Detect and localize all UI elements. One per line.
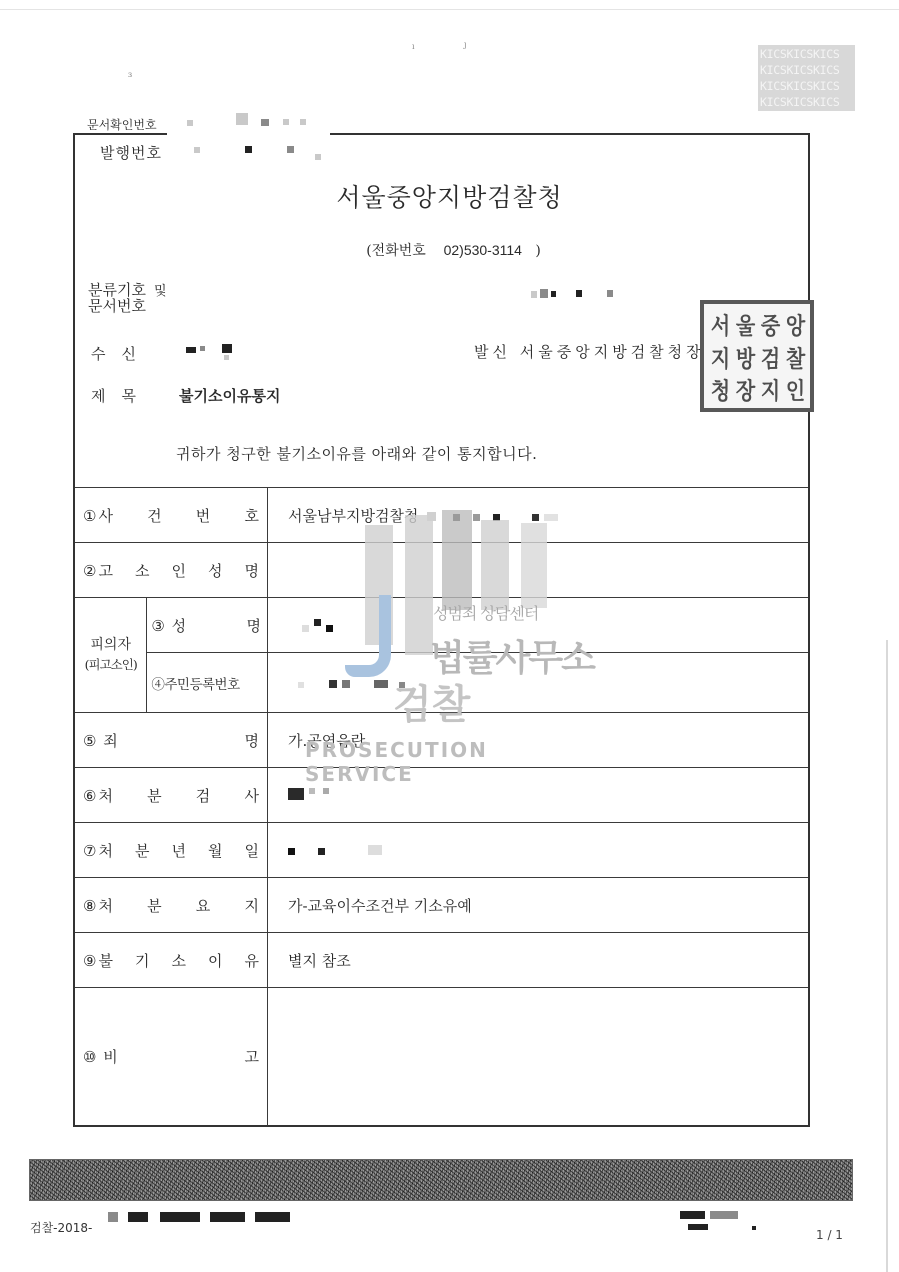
row-number: ③: [151, 617, 164, 635]
disposition-date-label: ⑦처분년월일: [75, 823, 268, 878]
redacted-block: [200, 346, 205, 351]
redacted-block: [368, 845, 382, 855]
redacted-block: [245, 146, 252, 153]
agency-phone: (전화번호 02)530-3114 ): [0, 240, 899, 260]
label-char: 비: [103, 1048, 118, 1066]
redacted-block: [222, 344, 232, 353]
redacted-block: [108, 1212, 118, 1222]
label-char: 월: [208, 840, 223, 861]
redacted-block: [287, 146, 294, 153]
seal-char: 중: [757, 305, 782, 343]
prosecutor-value: [268, 768, 809, 823]
redacted-block: [288, 848, 295, 855]
label-char: 명: [247, 615, 262, 636]
label-char: 고: [245, 1046, 260, 1067]
redacted-block: [688, 1224, 708, 1230]
label-char: 기: [135, 950, 150, 971]
label-char: 소: [135, 560, 150, 581]
classification-label: 분류기호및 문서번호: [88, 283, 167, 313]
disposition-summary-label: ⑧처분요지: [75, 878, 268, 933]
document-confirmation-label: 문서확인번호: [87, 116, 157, 133]
redacted-block: [300, 119, 306, 125]
label-char: 명: [244, 560, 259, 581]
seal-char: 앙: [782, 305, 807, 343]
table-row-suspect-name: 피의자 (피고소인) ③ 성명: [75, 598, 808, 653]
case-number-label: ①사건번호: [75, 488, 268, 543]
suspect-id-label-text: 주민등록번호: [164, 677, 239, 693]
table-row-charge: ⑤ 죄명 가.공연음란: [75, 713, 808, 768]
notice-intro-text: 귀하가 청구한 불기소이유를 아래와 같이 통지합니다.: [176, 443, 537, 464]
issue-number-label: 발행번호: [100, 142, 162, 163]
redacted-block: [288, 788, 304, 800]
case-number-text: 서울남부지방검찰청: [288, 507, 418, 525]
redacted-block: [532, 514, 539, 521]
classification-and: 및: [154, 284, 167, 299]
redacted-block: [453, 514, 460, 521]
label-char: 이: [208, 950, 223, 971]
redacted-block: [544, 514, 558, 521]
redacted-block: [186, 347, 196, 353]
redacted-block: [531, 291, 537, 298]
redacted-block: [540, 289, 548, 298]
table-row-complainant: ②고소인성명: [75, 543, 808, 598]
official-seal: 서 울 중 앙 지 방 검 찰 청 장 지 인: [700, 300, 814, 412]
remarks-value: [268, 988, 809, 1126]
label-char: 성: [208, 560, 223, 581]
label-char: 인: [171, 560, 186, 581]
non-indictment-reason-value: 별지 참조: [268, 933, 809, 988]
row-number: ④: [151, 677, 164, 693]
label-char: 처: [98, 897, 113, 915]
table-row-case-number: ①사건번호 서울남부지방검찰청: [75, 488, 808, 543]
scan-speck: ı: [412, 42, 415, 51]
redacted-block: [326, 625, 333, 632]
complainant-value: [268, 543, 809, 598]
label-char: 성: [172, 617, 187, 635]
redacted-block: [342, 680, 350, 688]
redacted-block: [255, 1212, 290, 1222]
row-number: ⑦: [83, 842, 96, 860]
kics-line: KICSKICSKICS: [760, 62, 855, 78]
suspect-name-value: [268, 598, 809, 653]
suspect-id-label: ④주민등록번호: [147, 653, 268, 713]
redacted-block: [298, 682, 304, 688]
table-row-prosecutor: ⑥처분검사: [75, 768, 808, 823]
scan-speck: ɜ: [128, 70, 132, 79]
label-char: 사: [98, 507, 113, 525]
label-char: 번: [196, 505, 211, 526]
redacted-block: [752, 1226, 756, 1230]
row-number: ①: [83, 507, 96, 525]
redacted-block: [210, 1212, 245, 1222]
suspect-group-label: 피의자 (피고소인): [75, 598, 147, 713]
label-char: 처: [98, 842, 113, 860]
redacted-block: [318, 848, 325, 855]
scan-speck: ȷ: [464, 40, 466, 49]
label-char: 처: [98, 787, 113, 805]
redacted-block: [551, 291, 556, 297]
charge-value: 가.공연음란: [268, 713, 809, 768]
disposition-summary-value: 가-교육이수조건부 기소유예: [268, 878, 809, 933]
row-number: ⑧: [83, 897, 96, 915]
redacted-block: [187, 120, 193, 126]
charge-label: ⑤ 죄명: [75, 713, 268, 768]
table-row-suspect-id: ④주민등록번호: [75, 653, 808, 713]
redacted-block: [399, 682, 405, 688]
label-char: 지: [244, 895, 259, 916]
redacted-block: [283, 119, 289, 125]
notice-form-table: ①사건번호 서울남부지방검찰청 ②고소인성명 피의자 (피고소인) ③ 성명: [75, 487, 808, 1126]
seal-char: 지: [757, 370, 782, 408]
redacted-block: [680, 1211, 705, 1219]
redacted-block: [314, 619, 321, 626]
table-row-remarks: ⑩ 비고: [75, 988, 808, 1126]
label-char: 검: [196, 785, 211, 806]
redacted-block: [374, 680, 388, 688]
suspect-id-value: [268, 653, 809, 713]
row-number: ②: [83, 562, 96, 580]
2d-barcode: [29, 1159, 853, 1201]
recipient-label: 수신: [91, 343, 152, 364]
label-char: 호: [244, 505, 259, 526]
label-char: 소: [171, 950, 186, 971]
complainant-label: ②고소인성명: [75, 543, 268, 598]
page-number: 1 / 1: [816, 1228, 843, 1242]
row-number: ⑩: [83, 1048, 96, 1066]
non-indictment-reason-label: ⑨불기소이유: [75, 933, 268, 988]
subject-label: 제목: [91, 385, 152, 406]
label-char: 년: [171, 840, 186, 861]
row-number: ⑥: [83, 787, 96, 805]
suspect-name-label: ③ 성명: [147, 598, 268, 653]
redacted-block: [576, 290, 582, 297]
subject-value: 불기소이유통지: [179, 385, 280, 406]
redacted-block: [427, 512, 436, 521]
phone-close: ): [535, 243, 540, 259]
label-char: 고: [98, 562, 113, 580]
seal-char: 울: [732, 305, 757, 343]
redacted-block: [302, 625, 309, 632]
suspect-group-line2: (피고소인): [75, 655, 146, 675]
classification-line2: 문서번호: [88, 297, 146, 315]
table-row-non-indictment-reason: ⑨불기소이유 별지 참조: [75, 933, 808, 988]
disposition-date-value: [268, 823, 809, 878]
seal-char: 청: [707, 370, 732, 408]
redacted-block: [323, 788, 329, 794]
kics-line: KICSKICSKICS: [760, 46, 855, 62]
row-number: ⑤: [83, 732, 96, 750]
page-top-edge: [0, 9, 899, 10]
label-char: 죄: [103, 732, 118, 750]
label-char: 건: [147, 505, 162, 526]
kics-line: KICSKICSKICS: [760, 78, 855, 94]
kics-security-mark: KICSKICSKICS KICSKICSKICS KICSKICSKICS K…: [758, 45, 855, 111]
row-number: ⑨: [83, 952, 96, 970]
label-char: 분: [147, 785, 162, 806]
remarks-label: ⑩ 비고: [75, 988, 268, 1126]
redacted-block: [473, 514, 480, 521]
label-char: 불: [98, 952, 113, 970]
table-row-disposition-summary: ⑧처분요지 가-교육이수조건부 기소유예: [75, 878, 808, 933]
prosecutor-label: ⑥처분검사: [75, 768, 268, 823]
label-char: 명: [245, 730, 260, 751]
redacted-block: [224, 355, 229, 360]
agency-title: 서울중앙지방검찰청: [0, 178, 899, 214]
redacted-block: [236, 113, 248, 125]
redacted-block: [710, 1211, 738, 1219]
kics-line: KICSKICSKICS: [760, 94, 855, 110]
seal-char: 장: [732, 370, 757, 408]
redacted-block: [315, 154, 321, 160]
redacted-block: [329, 680, 337, 688]
redacted-block: [493, 514, 500, 521]
label-char: 분: [135, 840, 150, 861]
sender-text: 발신 서울중앙지방검찰청장: [474, 341, 705, 362]
label-char: 분: [147, 895, 162, 916]
table-row-disposition-date: ⑦처분년월일: [75, 823, 808, 878]
redacted-block: [128, 1212, 148, 1222]
redacted-block: [194, 147, 200, 153]
phone-number: 02)530-3114: [444, 242, 522, 258]
label-char: 요: [196, 895, 211, 916]
phone-label: (전화번호: [366, 243, 426, 259]
page-right-edge: [886, 640, 888, 1272]
seal-char: 서: [707, 305, 732, 343]
seal-char: 인: [782, 370, 807, 408]
document-code: 검찰-2018-: [30, 1219, 92, 1236]
label-char: 유: [244, 950, 259, 971]
case-number-value: 서울남부지방검찰청: [268, 488, 809, 543]
label-char: 사: [244, 785, 259, 806]
redacted-block: [160, 1212, 200, 1222]
label-char: 일: [244, 840, 259, 861]
redacted-block: [261, 119, 269, 126]
redacted-block: [309, 788, 315, 794]
redacted-block: [607, 290, 613, 297]
suspect-group-line1: 피의자: [75, 635, 146, 655]
